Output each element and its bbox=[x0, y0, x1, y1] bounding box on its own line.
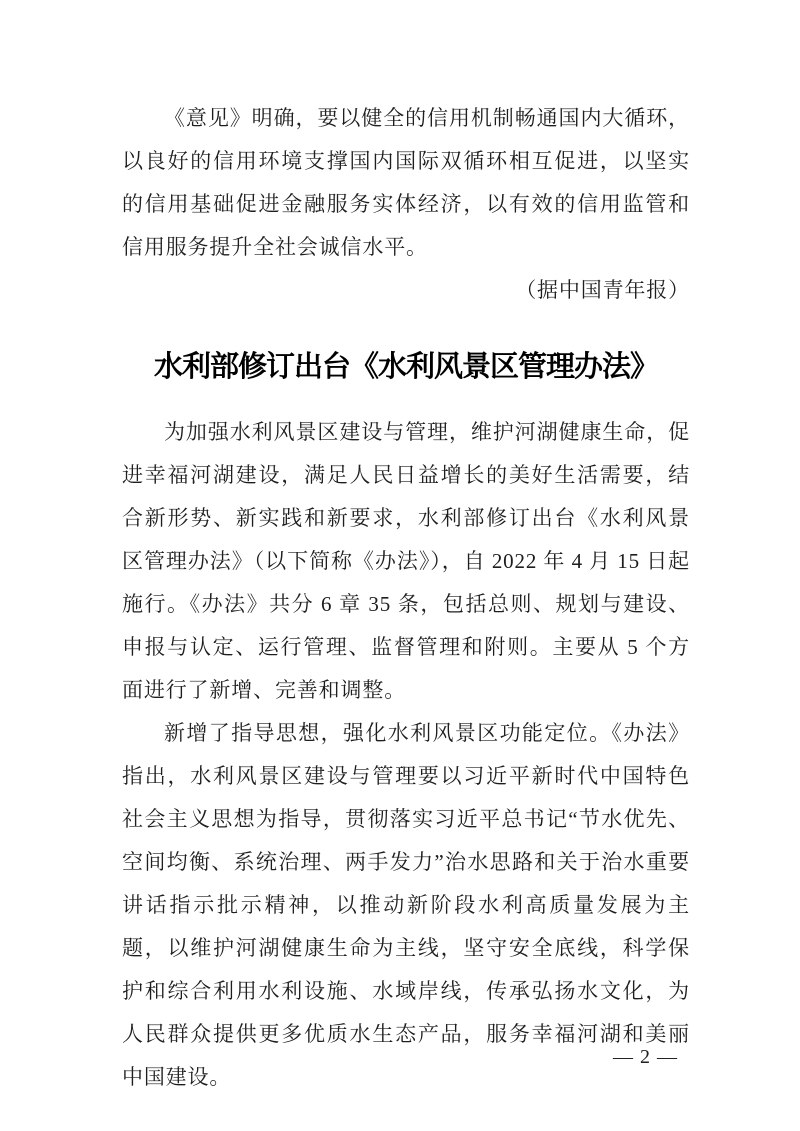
document-page: 《意见》明确，要以健全的信用机制畅通国内大循环，以良好的信用环境支撑国内国际双循… bbox=[0, 0, 800, 1131]
page-footer: — 2 — bbox=[613, 1044, 678, 1070]
page-number: — 2 — bbox=[613, 1046, 678, 1068]
article-section: 水利部修订出台《水利风景区管理办法》 为加强水利风景区建设与管理，维护河湖健康生… bbox=[122, 345, 690, 1099]
intro-article-closing-paragraph: 《意见》明确，要以健全的信用机制畅通国内大循环，以良好的信用环境支撑国内国际双循… bbox=[122, 97, 690, 269]
article-paragraph-1: 为加强水利风景区建设与管理，维护河湖健康生命，促进幸福河湖建设，满足人民日益增长… bbox=[122, 411, 690, 712]
article-title: 水利部修订出台《水利风景区管理办法》 bbox=[122, 345, 690, 389]
intro-article-section: 《意见》明确，要以健全的信用机制畅通国内大循环，以良好的信用环境支撑国内国际双循… bbox=[122, 97, 690, 312]
intro-article-attribution: （据中国青年报） bbox=[122, 269, 690, 312]
article-paragraph-2: 新增了指导思想，强化水利风景区功能定位。《办法》指出，水利风景区建设与管理要以习… bbox=[122, 712, 690, 1099]
